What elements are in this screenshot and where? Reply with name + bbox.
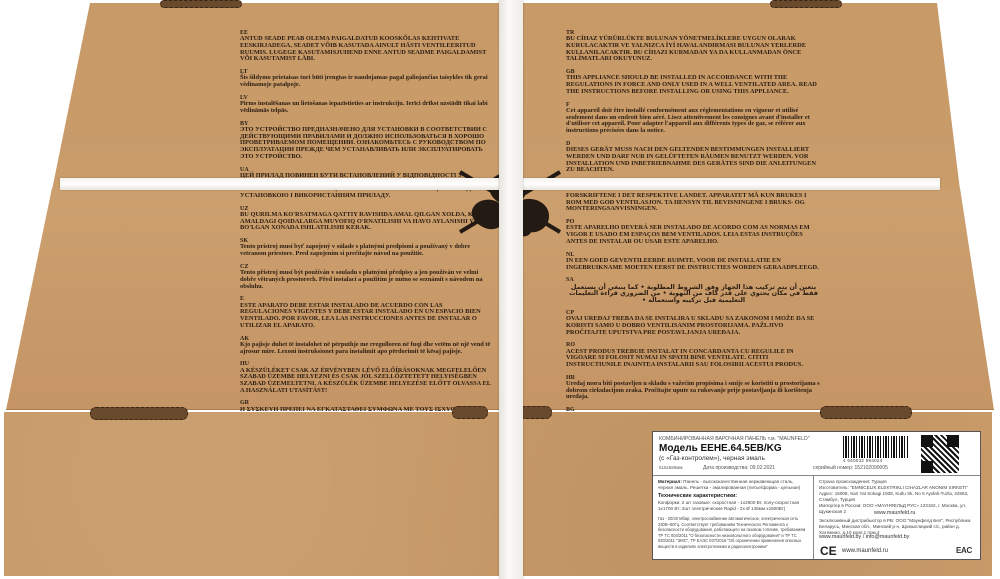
- qr-code: [921, 435, 959, 473]
- handle-hole-top-right: [770, 0, 842, 8]
- warning-text: Kjo pajisje duhet të instalohet në përpu…: [240, 342, 495, 355]
- handle-hole-front-left: [90, 407, 188, 420]
- model-name: Модель EEHE.64.5EB/KG: [659, 443, 782, 454]
- warning-text: ANTUD SEADE PEAB OLEMA PAIGALDATUD KOOSK…: [240, 36, 495, 63]
- warning-text: Tento přístroj musí být používán v soula…: [240, 270, 495, 290]
- warning-block: HRUređaj mora biti postavljen u skladu s…: [566, 375, 821, 401]
- production-date: Дата производства: 09.02.2021: [703, 465, 775, 471]
- address: Адрес: 15008, Sari Yat Sokagi 1938, Kutl…: [819, 491, 977, 503]
- material-label: Материал:: [658, 479, 682, 484]
- warning-text: يتعين أن يتم تركيب هذا الجهاز وفق الشروط…: [566, 284, 821, 304]
- barcode-number: 4 640032 994024: [843, 458, 883, 463]
- warning-block: EESTE APARATO DEBE ESTAR INSTALADO DE AC…: [240, 296, 495, 329]
- warning-block: GBTHIS APPLIANCE SHOULD BE INSTALLED IN …: [566, 69, 821, 95]
- url-ru: www.maunfeld.ru: [874, 510, 1000, 517]
- warning-block: ROACEST PRODUS TREBUIE INSTALAT IN CONCA…: [566, 342, 821, 368]
- footer-url: www.maunfeld.ru: [842, 548, 888, 554]
- warning-text: Cet appareil doit être installé conformé…: [566, 108, 821, 135]
- warning-block: TRBU CİHAZ YÜRÜRLÜKTE BULUNAN YÖNETMELİK…: [566, 30, 821, 63]
- warning-block: BYЭТО УСТРОЙСТВО ПРЕДНАЗНАЧЕНО ДЛЯ УСТАН…: [240, 121, 495, 161]
- warning-block: POESTE APARELHO DEVERÁ SER INSTALADO DE …: [566, 219, 821, 245]
- warning-text: Uređaj mora biti postavljen u skladu s v…: [566, 381, 821, 401]
- warning-text: BU CİHAZ YÜRÜRLÜKTE BULUNAN YÖNETMELİKLE…: [566, 36, 821, 63]
- dimensions: 515х590мм: [659, 465, 682, 470]
- specs: Конфорки: 2 шт газовые: скоростная - 1х2…: [658, 500, 808, 512]
- warning-text: VED INSTALLASJONEN AV APPARATET MÅ DETTA…: [566, 186, 821, 213]
- material: Материал: Панель - высококачественная не…: [658, 479, 808, 491]
- warning-text: Pirms instalēšanas un lietošanas iepazīs…: [240, 101, 495, 114]
- warning-text: Šis šildymo prietaisas turi būti įrengta…: [240, 75, 495, 88]
- label-manufacturer: Страна происхождения: Турция Изготовител…: [814, 476, 980, 559]
- gas-info: Газ - 20/30 Мбар; электроснабжение автом…: [658, 516, 808, 549]
- warning-text: THIS APPLIANCE SHOULD BE INSTALLED IN AC…: [566, 75, 821, 95]
- url-by: www.maunfeld.by / info@maunfeld.by: [819, 534, 977, 541]
- warning-text: ЭТО УСТРОЙСТВО ПРЕДНАЗНАЧЕНО ДЛЯ УСТАНОВ…: [240, 127, 495, 161]
- product-label: КОМБИНИРОВАННАЯ ВАРОЧНАЯ ПАНЕЛЬ т.м. "MA…: [652, 431, 981, 560]
- warning-block: CZTento přístroj musí být používán v sou…: [240, 264, 495, 290]
- warning-block: SAيتعين أن يتم تركيب هذا الجهاز وفق الشر…: [566, 277, 821, 303]
- warning-text: ACEST PRODUS TREBUIE INSTALAT IN CONCARD…: [566, 349, 821, 369]
- handle-hole-front-middle-left: [452, 406, 488, 419]
- warning-block: CPOVAJ UREĐAJ TREBA DA SE INSTALIRA U SK…: [566, 310, 821, 336]
- production-date-label: Дата производства:: [703, 465, 749, 471]
- barcode: [843, 436, 909, 458]
- serial-label: серийный номер:: [813, 465, 853, 471]
- warning-text: ESTE APARELHO DEVERÁ SER INSTALADO DE AC…: [566, 225, 821, 245]
- strap-vertical: [499, 0, 523, 579]
- warning-block: EEANTUD SEADE PEAB OLEMA PAIGALDATUD KOO…: [240, 30, 495, 63]
- warning-block: HUA KÉSZÜLÉKET CSAK AZ ÉRVÉNYBEN LÉVŐ EL…: [240, 361, 495, 394]
- warning-block: FCet appareil doit être installé conform…: [566, 102, 821, 135]
- production-date-value: 09.02.2021: [750, 465, 775, 471]
- handle-hole-top-left: [160, 0, 242, 8]
- label-header: КОМБИНИРОВАННАЯ ВАРОЧНАЯ ПАНЕЛЬ т.м. "MA…: [653, 432, 980, 476]
- warning-text: OVAJ UREĐAJ TREBA DA SE INSTALIRA U SKLA…: [566, 316, 821, 336]
- serial-number: серийный номер: 152102090005: [813, 465, 888, 471]
- ce-mark: CE: [820, 544, 837, 558]
- warning-block: SKTento prístroj musí byť zapojený v súl…: [240, 238, 495, 258]
- warning-text: IN EEN GOED GEVENTILEERDE RUIMTE. VOOR D…: [566, 258, 821, 271]
- warning-block: LTŠis šildymo prietaisas turi būti įreng…: [240, 69, 495, 89]
- warning-block: DDIESES GERÄT MUSS NACH DEN GELTENDEN BE…: [566, 141, 821, 174]
- warning-text: DIESES GERÄT MUSS NACH DEN GELTENDEN BES…: [566, 147, 821, 174]
- warning-text: A KÉSZÜLÉKET CSAK AZ ÉRVÉNYBEN LÉVŐ ELŐÍ…: [240, 368, 495, 395]
- warning-block: AKKjo pajisje duhet të instalohet në për…: [240, 336, 495, 356]
- eac-mark: EAC: [956, 546, 972, 555]
- serial-value: 152102090005: [855, 465, 888, 471]
- warning-text: ESTE APARATO DEBE ESTAR INSTALADO DE ACU…: [240, 303, 495, 330]
- handle-hole-front-right: [820, 406, 912, 419]
- model-variant: (с «Газ-контролем»), черная эмаль: [659, 455, 765, 462]
- warning-text: Tento prístroj musí byť zapojený v súlad…: [240, 244, 495, 257]
- warning-block: NLIN EEN GOED GEVENTILEERDE RUIMTE. VOOR…: [566, 252, 821, 272]
- warning-block: LVPirms instalēšanas un lietošanas iepaz…: [240, 95, 495, 115]
- label-specs: Материал: Панель - высококачественная не…: [653, 476, 814, 559]
- product-type: КОМБИНИРОВАННАЯ ВАРОЧНАЯ ПАНЕЛЬ т.м. "MA…: [659, 436, 810, 442]
